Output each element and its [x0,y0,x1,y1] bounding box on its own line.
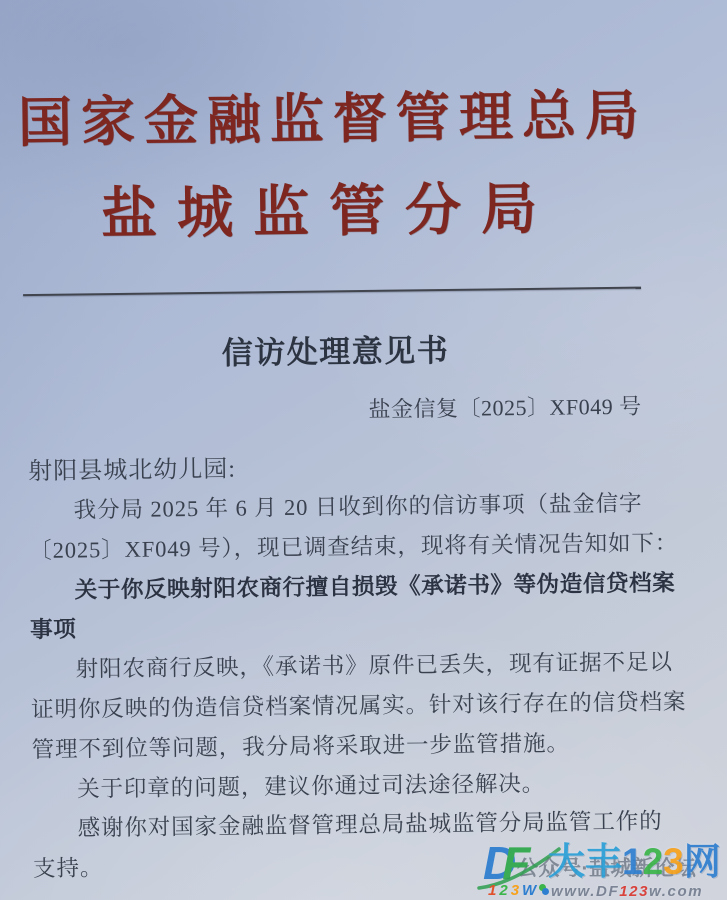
letter-body: 我分局 2025 年 6 月 20 日收到你的信访事项（盐金信字 〔2025〕X… [28,483,713,889]
document-number: 盐金信复〔2025〕XF049 号 [368,390,641,424]
agency-name-line1: 国家金融监督管理总局 [17,73,648,158]
body-line: 感谢你对国家金融监督管理总局盐城监管分局监管工作的 [32,801,712,849]
agency-name-line2: 盐城监管分局 [101,165,558,251]
official-letter: 国家金融监督管理总局 盐城监管分局 信访处理意见书 盐金信复〔2025〕XF04… [0,0,727,900]
header-divider [23,287,641,297]
body-line: 支持。 [33,841,713,889]
document-title: 信访处理意见书 [221,325,449,373]
body-line: 证明你反映的伪造信贷档案情况属实。针对该行存在的信贷档案 [31,682,711,730]
document-photo: 国家金融监督管理总局 盐城监管分局 信访处理意见书 盐金信复〔2025〕XF04… [0,0,727,900]
recipient-salutation: 射阳县城北幼儿园: [28,449,236,487]
